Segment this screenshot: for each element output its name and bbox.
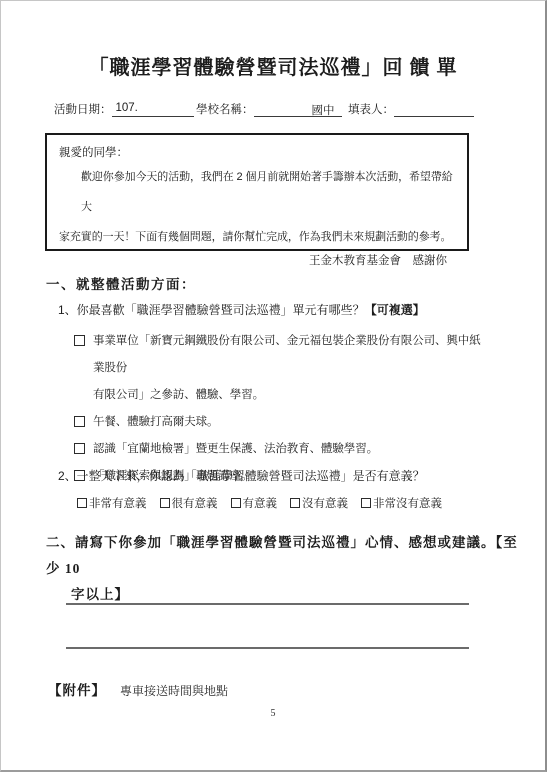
option-row-company-visit: 事業單位「新寶元鋼鐵股份有限公司、金元福包裝企業股份有限公司、興中紙業股份 有限… (74, 328, 484, 409)
choice-very-meaningful: 非常有意義 (77, 495, 147, 511)
choice-very-not-meaningful: 非常沒有意義 (361, 495, 442, 511)
option-label-company-visit: 事業單位「新寶元鋼鐵股份有限公司、金元福包裝企業股份有限公司、興中紙業股份 有限… (93, 328, 484, 409)
notice-box: 親愛的同學： 歡迎你參加今天的活動，我們在 2 個月前就開始著手籌辦本次活動，希… (45, 133, 469, 251)
question1-text: 1、你最喜歡「職涯學習體驗營暨司法巡禮」單元有哪些？【可複選】 (58, 301, 425, 318)
attachment-label: 【附件】 (48, 683, 106, 698)
checkbox-very-not-meaningful[interactable] (361, 498, 371, 508)
filler-field-group: 填表人： (348, 101, 474, 117)
checkbox-lunch-golf[interactable] (74, 416, 85, 427)
notice-greeting: 親愛的同學： (59, 145, 455, 162)
feedback-form-page: 「職涯學習體驗營暨司法巡禮」回 饋 單 活動日期：107. 學校名稱：國中 填表… (0, 0, 547, 772)
section1-heading: 一、就整體活動方面： (46, 273, 196, 293)
choice-quite-meaningful: 很有意義 (160, 495, 218, 511)
notice-paragraph: 歡迎你參加今天的活動，我們在 2 個月前就開始著手籌辦本次活動，希望帶給大 家充… (59, 162, 455, 252)
choice-label-not-meaningful: 沒有意義 (302, 495, 348, 511)
page-title: 「職涯學習體驗營暨司法巡禮」回 饋 單 (1, 51, 545, 80)
activity-date-field-group: 活動日期：107. (54, 101, 194, 117)
header-fields-row: 活動日期：107. 學校名稱：國中 填表人： (1, 101, 545, 121)
choice-not-meaningful: 沒有意義 (290, 495, 348, 511)
choice-label-meaningful: 有意義 (243, 495, 278, 511)
section2-heading-line-1: 二、請寫下你參加「職涯學習體驗營暨司法巡禮」心情、感想或建議。【至少 10 (46, 530, 521, 582)
option-row-prosecutors-office: 認識「宜蘭地檢署」暨更生保護、法治教育、體驗學習。 (74, 436, 484, 463)
question2-text: 2、一整天下來，你認為「職涯學習體驗營暨司法巡禮」是否有意義？ (58, 467, 425, 484)
choice-label-very-meaningful: 非常有意義 (89, 495, 147, 511)
answer-writing-line-1[interactable] (66, 603, 469, 605)
activity-date-input[interactable]: 107. (112, 102, 194, 117)
question1-options-list: 事業單位「新寶元鋼鐵股份有限公司、金元福包裝企業股份有限公司、興中紙業股份 有限… (74, 328, 484, 490)
option-row-lunch-golf: 午餐、體驗打高爾夫球。 (74, 409, 484, 436)
notice-signature: 王金木教育基金會 感謝你 (59, 253, 455, 270)
option-company-visit-line-2: 有限公司」之參訪、體驗、學習。 (93, 382, 484, 409)
option-label-prosecutors-office: 認識「宜蘭地檢署」暨更生保護、法治教育、體驗學習。 (93, 436, 378, 463)
page-number: 5 (1, 708, 545, 719)
checkbox-very-meaningful[interactable] (77, 498, 87, 508)
checkbox-prosecutors-office[interactable] (74, 443, 85, 454)
question2-options-row: 非常有意義 很有意義 有意義 沒有意義 非常沒有意義 (77, 495, 455, 511)
notice-paragraph-line-2: 家充實的一天！下面有幾個問題，請你幫忙完成，作為我們未來規劃活動的參考。 (59, 222, 455, 252)
activity-date-label: 活動日期： (54, 104, 112, 116)
attachment-text: 專車接送時間與地點 (120, 684, 228, 698)
school-name-label: 學校名稱： (196, 104, 254, 116)
choice-label-quite-meaningful: 很有意義 (172, 495, 218, 511)
attachment-row: 【附件】專車接送時間與地點 (48, 679, 228, 700)
checkbox-not-meaningful[interactable] (290, 498, 300, 508)
multi-select-note: 【可複選】 (365, 303, 425, 317)
school-name-field-group: 學校名稱：國中 (196, 101, 342, 117)
notice-paragraph-line-1: 歡迎你參加今天的活動，我們在 2 個月前就開始著手籌辦本次活動，希望帶給大 (59, 162, 455, 222)
checkbox-meaningful[interactable] (231, 498, 241, 508)
option-label-lunch-golf: 午餐、體驗打高爾夫球。 (93, 409, 218, 436)
option-company-visit-line-1: 事業單位「新寶元鋼鐵股份有限公司、金元福包裝企業股份有限公司、興中紙業股份 (93, 328, 484, 382)
school-name-input[interactable]: 國中 (254, 102, 342, 117)
choice-meaningful: 有意義 (231, 495, 278, 511)
choice-label-very-not-meaningful: 非常沒有意義 (373, 495, 442, 511)
question1-stem: 1、你最喜歡「職涯學習體驗營暨司法巡禮」單元有哪些？ (58, 303, 365, 317)
filler-input[interactable] (394, 102, 474, 117)
filler-label: 填表人： (348, 104, 394, 116)
answer-writing-line-2[interactable] (66, 647, 469, 649)
checkbox-quite-meaningful[interactable] (160, 498, 170, 508)
section2-heading: 二、請寫下你參加「職涯學習體驗營暨司法巡禮」心情、感想或建議。【至少 10 字以… (46, 530, 521, 608)
checkbox-company-visit[interactable] (74, 335, 85, 346)
